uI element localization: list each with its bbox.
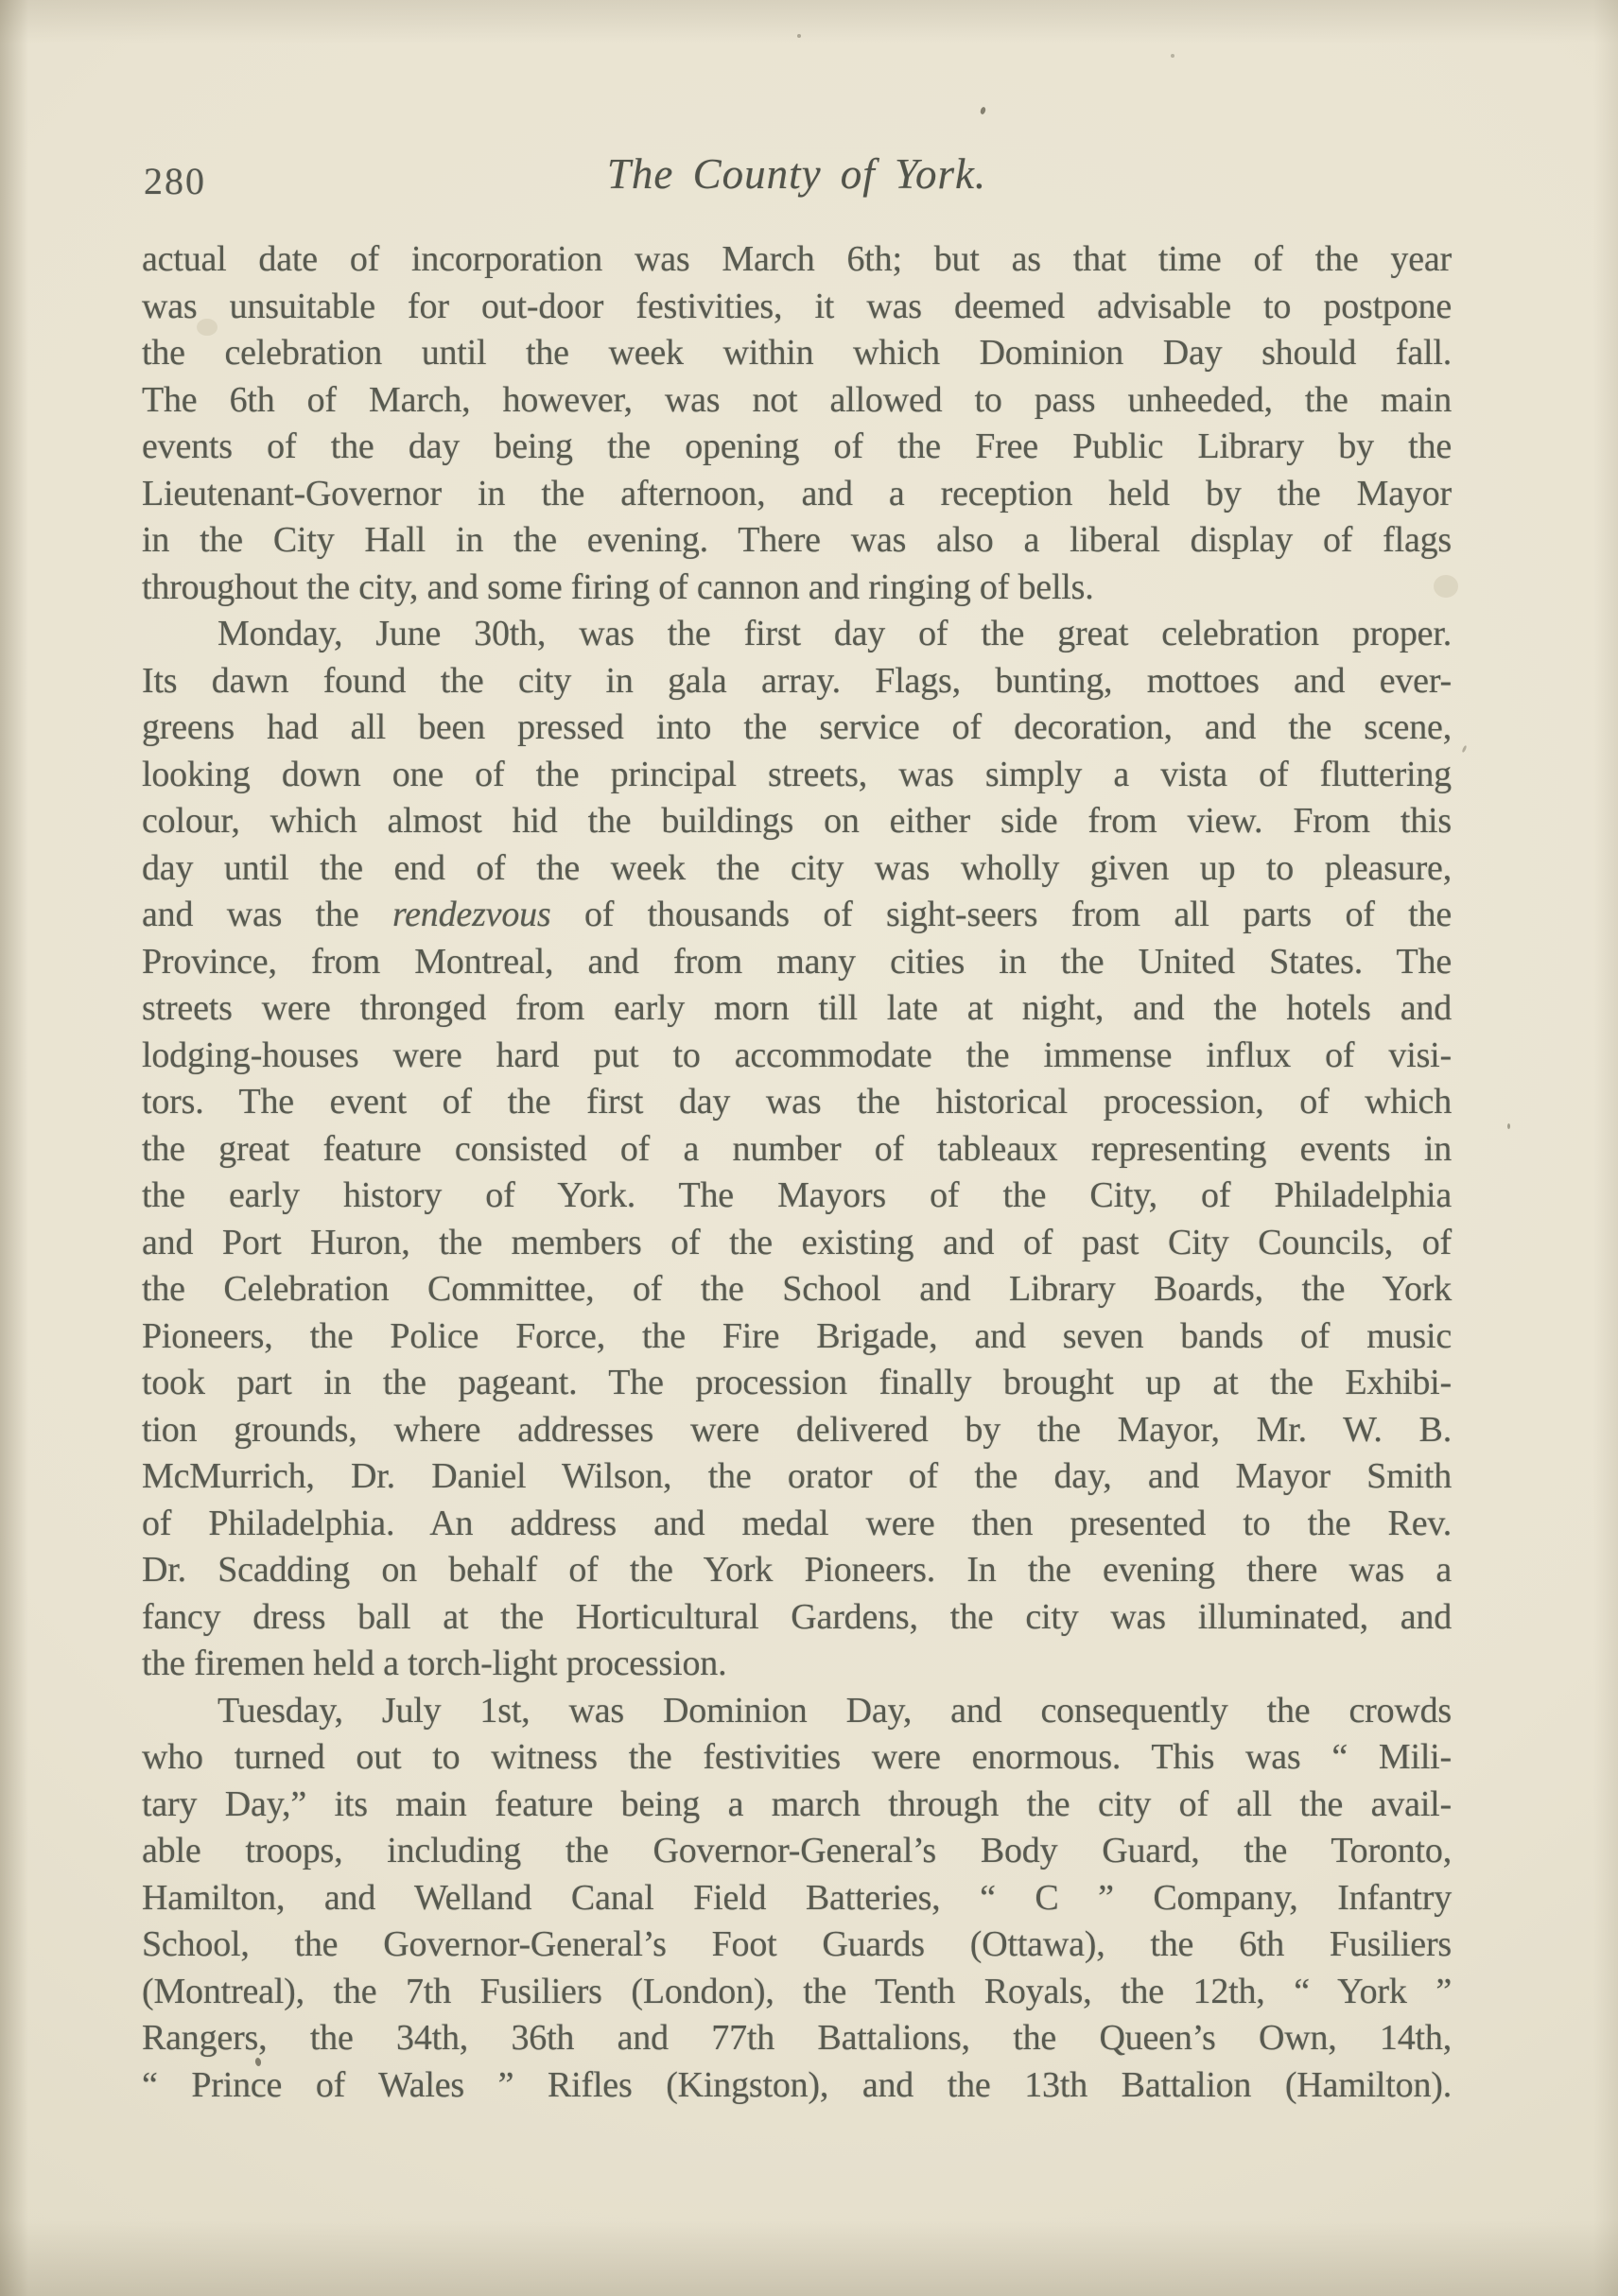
page-header: 280 The County of York. bbox=[142, 149, 1452, 202]
paragraph: Tuesday, July 1st, was Dominion Day, and… bbox=[142, 1688, 1452, 2110]
text-line: able troops, including the Governor-Gene… bbox=[142, 1828, 1452, 1875]
text-line: actual date of incorporation was March 6… bbox=[142, 236, 1452, 284]
paper-speck bbox=[1507, 1123, 1510, 1129]
text-line: Tuesday, July 1st, was Dominion Day, and… bbox=[142, 1688, 1452, 1735]
paragraph: Monday, June 30th, was the first day of … bbox=[142, 611, 1452, 1688]
text-line: tary Day,” its main feature being a marc… bbox=[142, 1782, 1452, 1829]
text-line: the celebration until the week within wh… bbox=[142, 330, 1452, 377]
text-line: events of the day being the opening of t… bbox=[142, 424, 1452, 471]
text-line: who turned out to witness the festivitie… bbox=[142, 1734, 1452, 1782]
text-line: throughout the city, and some firing of … bbox=[142, 565, 1452, 612]
line-segment: of thousands of sight-seers from all par… bbox=[551, 895, 1452, 934]
italic-word: rendezvous bbox=[392, 895, 551, 934]
body-text: actual date of incorporation was March 6… bbox=[142, 236, 1452, 2109]
text-line: the great feature consisted of a number … bbox=[142, 1126, 1452, 1174]
text-line: was unsuitable for out-door festivities,… bbox=[142, 284, 1452, 331]
text-line: of Philadelphia. An address and medal we… bbox=[142, 1501, 1452, 1548]
text-line: (Montreal), the 7th Fusiliers (London), … bbox=[142, 1969, 1452, 2016]
text-line: McMurrich, Dr. Daniel Wilson, the orator… bbox=[142, 1453, 1452, 1501]
text-line: the firemen held a torch-light processio… bbox=[142, 1641, 1452, 1688]
paper-speck bbox=[797, 34, 801, 38]
running-title: The County of York. bbox=[142, 149, 1452, 199]
text-line: streets were thronged from early morn ti… bbox=[142, 985, 1452, 1033]
text-line: the early history of York. The Mayors of… bbox=[142, 1173, 1452, 1220]
paper-speck bbox=[1461, 745, 1467, 754]
text-line: Rangers, the 34th, 36th and 77th Battali… bbox=[142, 2015, 1452, 2062]
text-line: Its dawn found the city in gala array. F… bbox=[142, 658, 1452, 705]
paper-speck bbox=[1171, 54, 1174, 58]
text-line: took part in the pageant. The procession… bbox=[142, 1360, 1452, 1407]
text-line: tors. The event of the first day was the… bbox=[142, 1079, 1452, 1126]
text-line: Province, from Montreal, and from many c… bbox=[142, 939, 1452, 986]
book-page: 280 The County of York. actual date of i… bbox=[0, 0, 1618, 2296]
line-segment: and was the bbox=[142, 895, 392, 934]
text-line: Monday, June 30th, was the first day of … bbox=[142, 611, 1452, 658]
text-line: greens had all been pressed into the ser… bbox=[142, 704, 1452, 752]
text-line: the Celebration Committee, of the School… bbox=[142, 1266, 1452, 1313]
paragraph: actual date of incorporation was March 6… bbox=[142, 236, 1452, 611]
paper-speck bbox=[980, 106, 986, 114]
text-line: colour, which almost hid the buildings o… bbox=[142, 798, 1452, 845]
text-line: “ Prince of Wales ” Rifles (Kingston), a… bbox=[142, 2062, 1452, 2110]
text-line: lodging-houses were hard put to accommod… bbox=[142, 1033, 1452, 1080]
text-line: in the City Hall in the evening. There w… bbox=[142, 517, 1452, 565]
text-line: fancy dress ball at the Horticultural Ga… bbox=[142, 1594, 1452, 1642]
text-line: Lieutenant-Governor in the afternoon, an… bbox=[142, 471, 1452, 518]
text-line: The 6th of March, however, was not allow… bbox=[142, 377, 1452, 425]
text-line: Dr. Scadding on behalf of the York Pione… bbox=[142, 1547, 1452, 1594]
text-line: Hamilton, and Welland Canal Field Batter… bbox=[142, 1875, 1452, 1922]
text-line: looking down one of the principal street… bbox=[142, 752, 1452, 799]
text-line: day until the end of the week the city w… bbox=[142, 845, 1452, 893]
text-line: and Port Huron, the members of the exist… bbox=[142, 1220, 1452, 1267]
text-line: tion grounds, where addresses were deliv… bbox=[142, 1407, 1452, 1454]
text-line: and was the rendezvous of thousands of s… bbox=[142, 892, 1452, 939]
text-line: School, the Governor-General’s Foot Guar… bbox=[142, 1922, 1452, 1969]
text-line: Pioneers, the Police Force, the Fire Bri… bbox=[142, 1313, 1452, 1361]
